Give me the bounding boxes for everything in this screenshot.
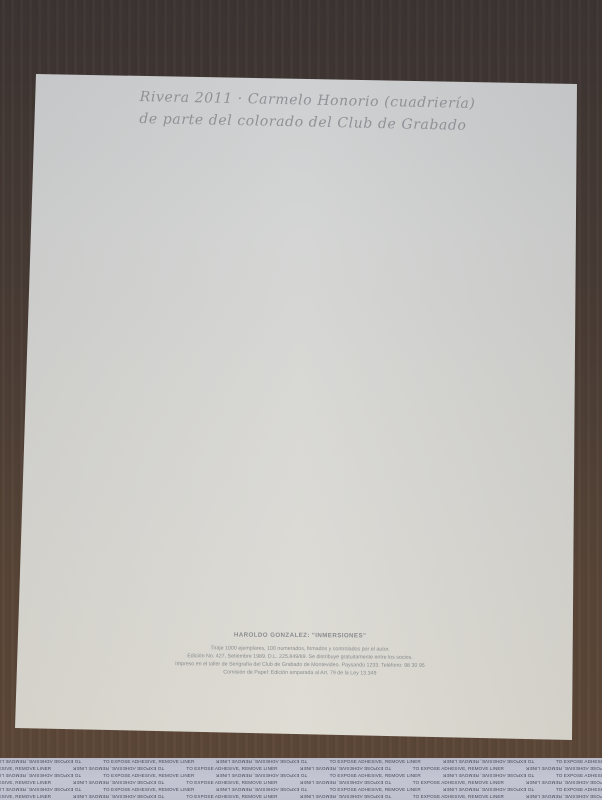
adhesive-tape-liner: TO EXPOSE ADHESIVE, REMOVE LINERTO EXPOS… — [0, 758, 602, 800]
tape-text-row: TO EXPOSE ADHESIVE, REMOVE LINERTO EXPOS… — [0, 793, 602, 800]
tape-text-row: TO EXPOSE ADHESIVE, REMOVE LINERTO EXPOS… — [0, 772, 602, 779]
tape-text-row: TO EXPOSE ADHESIVE, REMOVE LINERTO EXPOS… — [0, 765, 602, 772]
tape-text-row: TO EXPOSE ADHESIVE, REMOVE LINERTO EXPOS… — [0, 786, 602, 793]
printed-colophon: HAROLDO GONZALEZ: "INMERSIONES" Tiraje 1… — [150, 631, 450, 678]
tape-text-row: TO EXPOSE ADHESIVE, REMOVE LINERTO EXPOS… — [0, 758, 602, 765]
handwritten-note: Rivera 2011 · Carmelo Honorio (cuadrierí… — [139, 86, 590, 139]
colophon-title: HAROLDO GONZALEZ: "INMERSIONES" — [150, 631, 450, 640]
tape-text-row: TO EXPOSE ADHESIVE, REMOVE LINERTO EXPOS… — [0, 779, 602, 786]
